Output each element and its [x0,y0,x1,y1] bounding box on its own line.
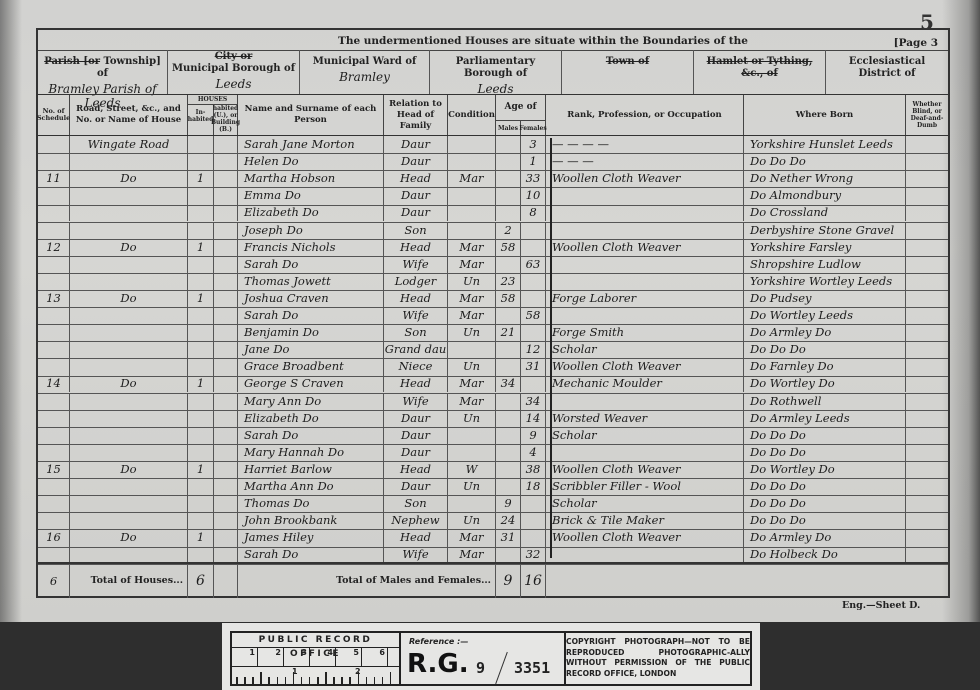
cell-relation: Son [384,324,448,341]
cell-schedule: 12 [38,239,70,256]
boundary-town: Town of [562,50,694,94]
cell-female-age: 58 [521,307,546,324]
cell-road [70,444,188,461]
cell-born: Do Do Do [744,341,906,358]
cell-inhabited [188,512,214,529]
cell-blind [906,153,948,170]
cell-born: Do Crossland [744,204,906,221]
ruler-tick [309,677,311,684]
ruler-tick [285,677,287,684]
census-row: John BrookbankNephewUn24Brick & Tile Mak… [38,512,948,530]
cell-female-age: 4 [521,444,546,461]
cell-inhabited [188,546,214,563]
cell-female-age [521,324,546,341]
cell-male-age [496,307,521,324]
cell-un [214,461,238,478]
cell-inhabited [188,393,214,410]
cell-inhabited [188,478,214,495]
cell-name: George S Craven [238,375,384,392]
cell-born: Do Do Do [744,512,906,529]
census-row: Jane DoGrand dau12ScholarDo Do Do [38,341,948,359]
reference-series: 9 [476,659,485,677]
census-row: Benjamin DoSonUn21Forge SmithDo Armley D… [38,324,948,342]
cell-relation: Son [384,495,448,512]
cell-relation: Nephew [384,512,448,529]
cell-born: Do Wortley Do [744,461,906,478]
cell-condition: Un [448,478,496,495]
cell-born: Do Nether Wrong [744,170,906,187]
cell-un [214,495,238,512]
ruler-tick [366,677,368,684]
cell-inhabited [188,358,214,375]
cell-female-age: 14 [521,410,546,427]
cell-road [70,410,188,427]
cell-relation: Wife [384,393,448,410]
cell-un [214,427,238,444]
cell-male-age [496,256,521,273]
cell-male-age [496,410,521,427]
cell-inhabited: 1 [188,239,214,256]
cell-male-age: 58 [496,290,521,307]
cell-condition: Mar [448,170,496,187]
cell-inhabited [188,410,214,427]
cell-blind [906,461,948,478]
cell-condition: Un [448,410,496,427]
cell-road: Do [70,461,188,478]
census-row: Elizabeth DoDaurUn14Worsted WeaverDo Arm… [38,410,948,428]
cell-un [214,187,238,204]
cell-road: Wingate Road [70,136,188,153]
reference-label: Reference :— [409,637,468,646]
cell-male-age [496,170,521,187]
cell-blind [906,204,948,221]
cell-male-age: 21 [496,324,521,341]
cell-occupation: — — — [546,153,744,170]
cell-road [70,256,188,273]
cell-name: Grace Broadbent [238,358,384,375]
cell-name: Mary Hannah Do [238,444,384,461]
census-row: Grace BroadbentNieceUn31Woollen Cloth We… [38,358,948,376]
cell-female-age: 9 [521,427,546,444]
cell-road [70,341,188,358]
cell-un [214,273,238,290]
cell-female-age: 8 [521,204,546,221]
cell-un [214,256,238,273]
cell-born: Do Do Do [744,495,906,512]
cell-inhabited: 1 [188,375,214,392]
ruler-tick [260,672,262,684]
cell-un [214,341,238,358]
reference-piece: 3351 [514,659,550,677]
cell-name: Joshua Craven [238,290,384,307]
cell-female-age [521,239,546,256]
census-row: Sarah DoDaur9ScholarDo Do Do [38,427,948,445]
cell-blind [906,341,948,358]
cell-name: Sarah Do [238,307,384,324]
cell-condition [448,427,496,444]
cell-condition: Un [448,324,496,341]
cell-born: Shropshire Ludlow [744,256,906,273]
boundary-parliamentary: Parliamentary Borough of Leeds [430,50,562,94]
cell-male-age: 31 [496,529,521,546]
boundary-ward-value: Bramley [300,70,429,84]
census-row: Emma DoDaur10Do Almondbury [38,187,948,205]
cell-schedule: 15 [38,461,70,478]
census-row: 16Do1James HileyHeadMar31Woollen Cloth W… [38,529,948,547]
cell-blind [906,512,948,529]
cell-schedule [38,410,70,427]
cell-schedule: 11 [38,170,70,187]
cell-road [70,222,188,239]
boundary-ward: Municipal Ward of Bramley [300,50,430,94]
boundary-borough: City orMunicipal Borough of Leeds [168,50,300,94]
cell-road [70,393,188,410]
census-row: Sarah DoWifeMar58Do Wortley Leeds [38,307,948,325]
cell-occupation [546,222,744,239]
cell-un [214,375,238,392]
cell-blind [906,324,948,341]
cell-road: Do [70,375,188,392]
col-females: Females [521,121,546,135]
cell-schedule [38,495,70,512]
cell-schedule [38,187,70,204]
cell-inhabited [188,444,214,461]
cell-name: Sarah Do [238,427,384,444]
cell-road [70,495,188,512]
census-row: 11Do1Martha HobsonHeadMar33Woollen Cloth… [38,170,948,188]
cell-schedule [38,444,70,461]
cell-born: Do Pudsey [744,290,906,307]
cell-inhabited [188,324,214,341]
cell-condition [448,341,496,358]
cell-male-age [496,204,521,221]
cell-occupation: Scholar [546,495,744,512]
cell-born: Do Wortley Do [744,375,906,392]
census-page: 5 The undermentioned Houses are situate … [0,0,980,622]
cm-mark: 6 [362,648,388,666]
cell-female-age: 10 [521,187,546,204]
cell-road [70,273,188,290]
census-row: Thomas DoSon9ScholarDo Do Do [38,495,948,513]
cell-relation: Daur [384,187,448,204]
cell-occupation: Scribbler Filler - Wool [546,478,744,495]
cell-blind [906,307,948,324]
cell-un [214,358,238,375]
cell-relation: Head [384,461,448,478]
cell-un [214,324,238,341]
cell-un [214,393,238,410]
cell-relation: Daur [384,153,448,170]
cell-schedule [38,256,70,273]
ruler-tick [277,677,279,684]
cell-name: Martha Ann Do [238,478,384,495]
cell-condition: Mar [448,375,496,392]
cell-male-age [496,153,521,170]
cell-name: Sarah Do [238,256,384,273]
totals-row: 6 Total of Houses... 6 Total of Males an… [38,562,948,598]
cell-male-age [496,427,521,444]
cell-condition [448,204,496,221]
census-row: 15Do1Harriet BarlowHeadW38Woollen Cloth … [38,461,948,479]
cell-road [70,546,188,563]
cell-inhabited [188,341,214,358]
cell-female-age: 32 [521,546,546,563]
cell-un [214,512,238,529]
cell-male-age [496,136,521,153]
cell-blind [906,187,948,204]
col-schedule: No. of Schedule [38,95,70,135]
cell-name: Helen Do [238,153,384,170]
cell-female-age: 12 [521,341,546,358]
cell-road [70,324,188,341]
page-label: [Page 3 [894,37,938,49]
cell-born: Do Armley Leeds [744,410,906,427]
cell-name: Sarah Do [238,546,384,563]
cell-born: Yorkshire Hunslet Leeds [744,136,906,153]
cell-relation: Wife [384,546,448,563]
cell-female-age [521,290,546,307]
cell-un [214,410,238,427]
ruler-tick [317,677,319,684]
cell-condition: Mar [448,307,496,324]
cell-occupation: Worsted Weaver [546,410,744,427]
cell-road: Do [70,290,188,307]
cell-un [214,239,238,256]
cell-male-age [496,444,521,461]
cell-blind [906,256,948,273]
cell-inhabited [188,153,214,170]
col-occupation: Rank, Profession, or Occupation [546,95,744,135]
cell-schedule: 14 [38,375,70,392]
inch-ruler: 12 [232,667,399,684]
cell-born: Yorkshire Farsley [744,239,906,256]
cell-blind [906,546,948,563]
census-row: 14Do1George S CravenHeadMar34Mechanic Mo… [38,375,948,393]
cell-occupation: Woollen Cloth Weaver [546,239,744,256]
cell-schedule [38,478,70,495]
cell-occupation [546,307,744,324]
cell-road [70,187,188,204]
cell-blind [906,444,948,461]
cell-occupation: Woollen Cloth Weaver [546,170,744,187]
cell-schedule [38,204,70,221]
cell-road: Do [70,529,188,546]
cell-occupation: Forge Laborer [546,290,744,307]
cell-occupation: Forge Smith [546,324,744,341]
cell-relation: Daur [384,136,448,153]
cell-male-age [496,461,521,478]
cm-mark: 2 [258,648,284,666]
page-edge-shadow-left [0,0,22,622]
cell-condition [448,187,496,204]
cell-blind [906,358,948,375]
cell-occupation: Mechanic Moulder [546,375,744,392]
cell-occupation: Brick & Tile Maker [546,512,744,529]
cell-inhabited: 1 [188,290,214,307]
cell-blind [906,290,948,307]
ruler-tick [341,677,343,684]
cell-relation: Head [384,529,448,546]
total-females: 16 [521,564,546,598]
census-row: Mary Hannah DoDaur4Do Do Do [38,444,948,462]
cell-condition: Mar [448,393,496,410]
cell-born: Do Holbeck Do [744,546,906,563]
cell-blind [906,273,948,290]
cell-blind [906,222,948,239]
boundary-parish: Parish [or Township] of Bramley Parish o… [38,50,168,94]
cell-un [214,546,238,563]
cell-name: Jane Do [238,341,384,358]
cm-mark: 3 [284,648,310,666]
ruler-tick [325,672,327,684]
cell-male-age: 9 [496,495,521,512]
cell-female-age [521,375,546,392]
ruler-tick [333,677,335,684]
cell-blind [906,393,948,410]
boundary-hamlet: Hamlet or Tything, &c., of [694,50,826,94]
cell-relation: Wife [384,307,448,324]
cell-schedule [38,153,70,170]
ruler-tick [252,677,254,684]
form-title-line: The undermentioned Houses are situate wi… [38,30,948,51]
total-uninhabited [214,564,238,598]
cell-blind [906,136,948,153]
cell-born: Do Do Do [744,444,906,461]
cell-road [70,204,188,221]
sheet-label: Eng.—Sheet D. [842,600,920,611]
cell-un [214,170,238,187]
cell-schedule: 13 [38,290,70,307]
cell-schedule [38,307,70,324]
cell-born: Do Do Do [744,427,906,444]
cell-condition: Mar [448,546,496,563]
cell-inhabited: 1 [188,170,214,187]
census-row: Thomas JowettLodgerUn23Yorkshire Wortley… [38,273,948,291]
cell-schedule [38,546,70,563]
cell-female-age: 3 [521,136,546,153]
cell-male-age [496,187,521,204]
col-houses: HOUSES [188,95,238,105]
cell-name: Elizabeth Do [238,410,384,427]
cell-condition: Mar [448,290,496,307]
cell-un [214,204,238,221]
cell-blind [906,239,948,256]
cell-schedule [38,358,70,375]
cell-female-age: 63 [521,256,546,273]
cell-name: Joseph Do [238,222,384,239]
cm-mark: 5 [336,648,362,666]
cell-born: Yorkshire Wortley Leeds [744,273,906,290]
cell-road [70,307,188,324]
cell-name: Francis Nichols [238,239,384,256]
cell-blind [906,495,948,512]
cell-female-age [521,222,546,239]
inch-mark: 2 [355,667,361,676]
cell-schedule [38,222,70,239]
cell-name: James Hiley [238,529,384,546]
census-row: Martha Ann DoDaurUn18Scribbler Filler - … [38,478,948,496]
cell-name: Sarah Jane Morton [238,136,384,153]
cell-condition [448,495,496,512]
total-males: 9 [496,564,521,598]
cell-inhabited [188,427,214,444]
cm-mark: 4 [310,648,336,666]
cell-road: Do [70,170,188,187]
cell-road [70,478,188,495]
cell-female-age: 34 [521,393,546,410]
cell-blind [906,375,948,392]
census-row: Wingate RoadSarah Jane MortonDaur3— — — … [38,136,948,154]
cell-occupation: Woollen Cloth Weaver [546,358,744,375]
col-age: Age of [496,95,546,121]
cell-schedule [38,324,70,341]
cell-condition [448,444,496,461]
cell-condition: Mar [448,529,496,546]
record-office-title: PUBLIC RECORD OFFICE [232,633,399,648]
cell-un [214,529,238,546]
cell-male-age: 34 [496,375,521,392]
cell-inhabited [188,256,214,273]
cell-condition: Un [448,358,496,375]
cell-relation: Wife [384,256,448,273]
cell-un [214,478,238,495]
cell-name: Mary Ann Do [238,393,384,410]
cell-occupation [546,444,744,461]
cell-relation: Grand dau [384,341,448,358]
cell-relation: Lodger [384,273,448,290]
ruler-tick [374,677,376,684]
cell-schedule [38,512,70,529]
col-name: Name and Surname of each Person [238,95,384,135]
cell-inhabited [188,307,214,324]
cell-female-age: 33 [521,170,546,187]
cell-road [70,358,188,375]
cell-male-age: 23 [496,273,521,290]
cell-born: Do Rothwell [744,393,906,410]
census-row: 12Do1Francis NicholsHeadMar58Woollen Clo… [38,239,948,257]
cell-female-age [521,512,546,529]
cell-born: Do Wortley Leeds [744,307,906,324]
total-houses-label: Total of Houses... [70,564,188,598]
cell-occupation: Woollen Cloth Weaver [546,461,744,478]
cell-occupation: Scholar [546,341,744,358]
cell-male-age [496,358,521,375]
cell-male-age [496,478,521,495]
reference-slash [495,652,508,684]
col-relation: Relation to Head of Family [384,95,448,135]
cell-blind [906,427,948,444]
cell-blind [906,478,948,495]
cell-born: Do Do Do [744,478,906,495]
cell-occupation [546,393,744,410]
cell-relation: Head [384,375,448,392]
cell-schedule [38,136,70,153]
cell-relation: Daur [384,478,448,495]
cell-name: Thomas Do [238,495,384,512]
col-born: Where Born [744,95,906,135]
ruler-tick [236,677,238,684]
cell-male-age [496,341,521,358]
reference-box: Reference :— R.G. 9 3351 [401,633,566,684]
cell-un [214,444,238,461]
cell-born: Do Almondbury [744,187,906,204]
archive-reference-plate: PUBLIC RECORD OFFICE 123456 12 Reference… [222,623,760,690]
boundary-ecclesiastical: Ecclesiastical District of [826,50,948,94]
census-row: 13Do1Joshua CravenHeadMar58Forge Laborer… [38,290,948,308]
cell-male-age: 24 [496,512,521,529]
col-males: Males [496,121,521,135]
census-row: Mary Ann DoWifeMar34Do Rothwell [38,393,948,411]
